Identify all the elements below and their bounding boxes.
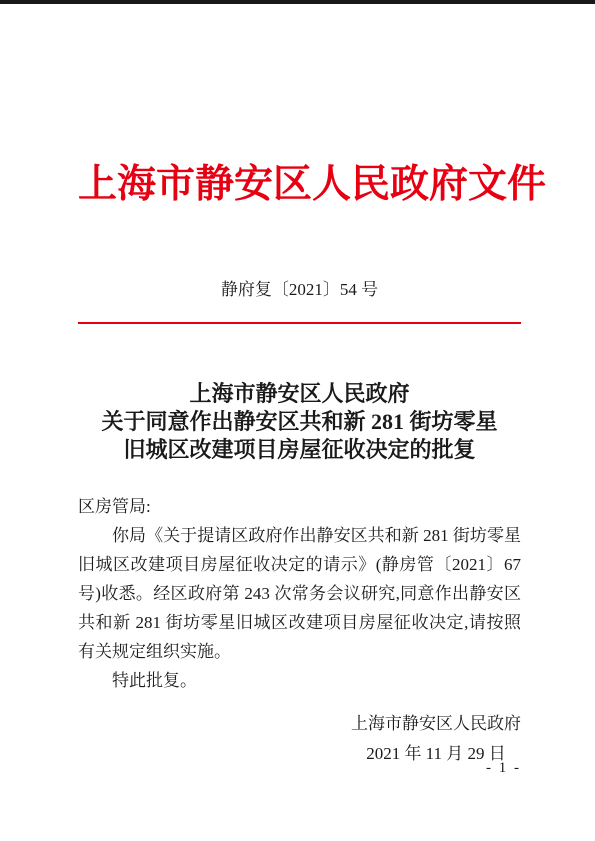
document-title: 上海市静安区人民政府 关于同意作出静安区共和新 281 街坊零星 旧城区改建项目… [78, 380, 521, 464]
red-separator-line [78, 322, 521, 324]
salutation: 区房管局: [78, 492, 521, 521]
document-title-line: 上海市静安区人民政府 [78, 380, 521, 408]
body-paragraph: 特此批复。 [78, 666, 521, 695]
document-title-line: 关于同意作出静安区共和新 281 街坊零星 [78, 408, 521, 436]
document-content: 上海市静安区人民政府文件 静府复〔2021〕54 号 上海市静安区人民政府 关于… [78, 4, 521, 769]
document-number: 静府复〔2021〕54 号 [78, 275, 521, 300]
document-page: 上海市静安区人民政府文件 静府复〔2021〕54 号 上海市静安区人民政府 关于… [0, 0, 595, 841]
body-paragraph: 你局《关于提请区政府作出静安区共和新 281 街坊零星旧城区改建项目房屋征收决定… [78, 521, 521, 666]
document-body: 区房管局: 你局《关于提请区政府作出静安区共和新 281 街坊零星旧城区改建项目… [78, 492, 521, 695]
document-title-line: 旧城区改建项目房屋征收决定的批复 [78, 436, 521, 464]
red-header-title: 上海市静安区人民政府文件 [78, 162, 521, 209]
page-number: - 1 - [486, 760, 521, 777]
signature-org: 上海市静安区人民政府 [351, 709, 521, 739]
